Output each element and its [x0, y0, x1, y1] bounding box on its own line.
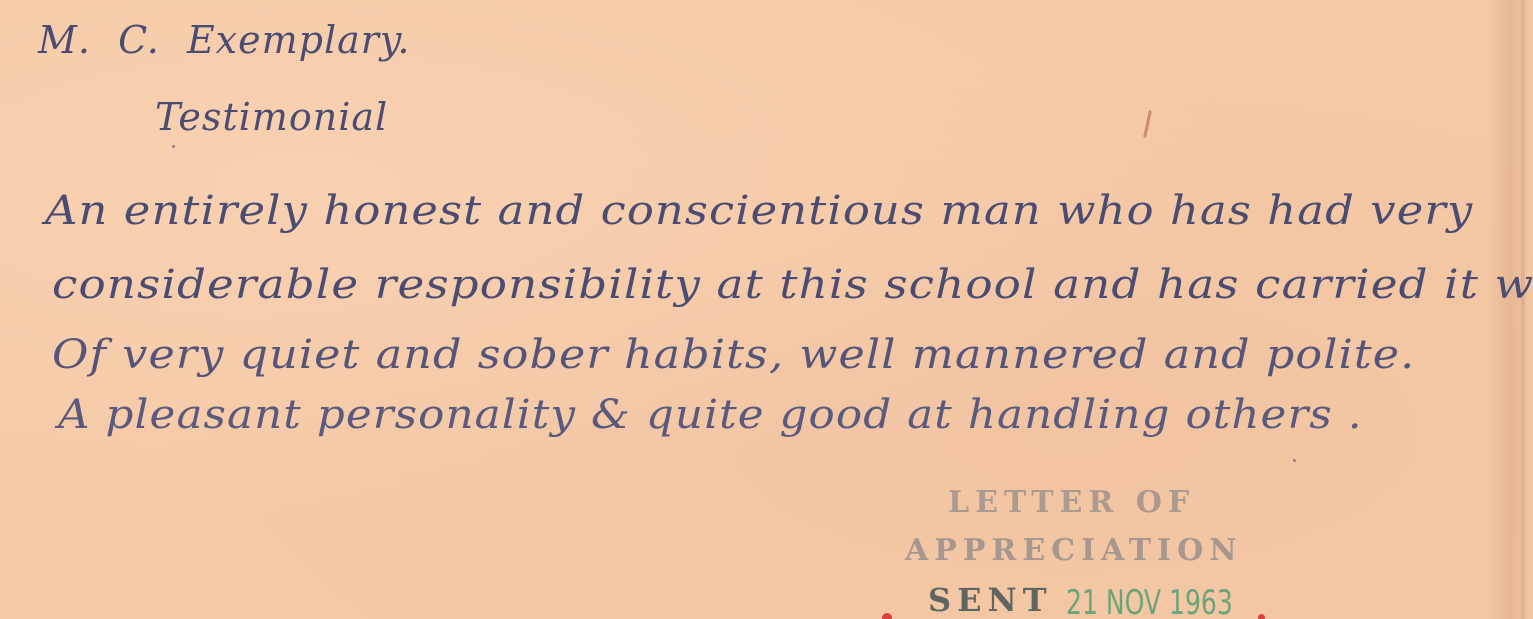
stamp-date: 21 NOV 1963	[1066, 583, 1233, 619]
document-heading-name: M. C. Exemplary.	[38, 18, 410, 62]
red-ink-mark	[1143, 110, 1152, 138]
stamp-line-letter-of: LETTER OF	[948, 485, 1195, 520]
document-heading-title: Testimonial	[155, 95, 388, 139]
red-ink-dot	[1258, 614, 1265, 619]
stamp-line-appreciation: APPRECIATION	[905, 533, 1243, 568]
page-edge-shadow	[1521, 0, 1525, 619]
scanned-document-page: M. C. Exemplary. Testimonial An entirely…	[0, 0, 1533, 619]
stamp-line-sent: SENT	[928, 581, 1053, 619]
body-line-3: Of very quiet and sober habits, well man…	[52, 332, 1415, 378]
red-ink-dot	[882, 613, 892, 619]
body-line-4: A pleasant personality & quite good at h…	[58, 392, 1363, 438]
paper-speck	[172, 145, 175, 148]
body-line-2: considerable responsibility at this scho…	[52, 262, 1533, 308]
body-line-1: An entirely honest and conscientious man…	[45, 188, 1473, 234]
paper-speck	[1293, 459, 1296, 462]
